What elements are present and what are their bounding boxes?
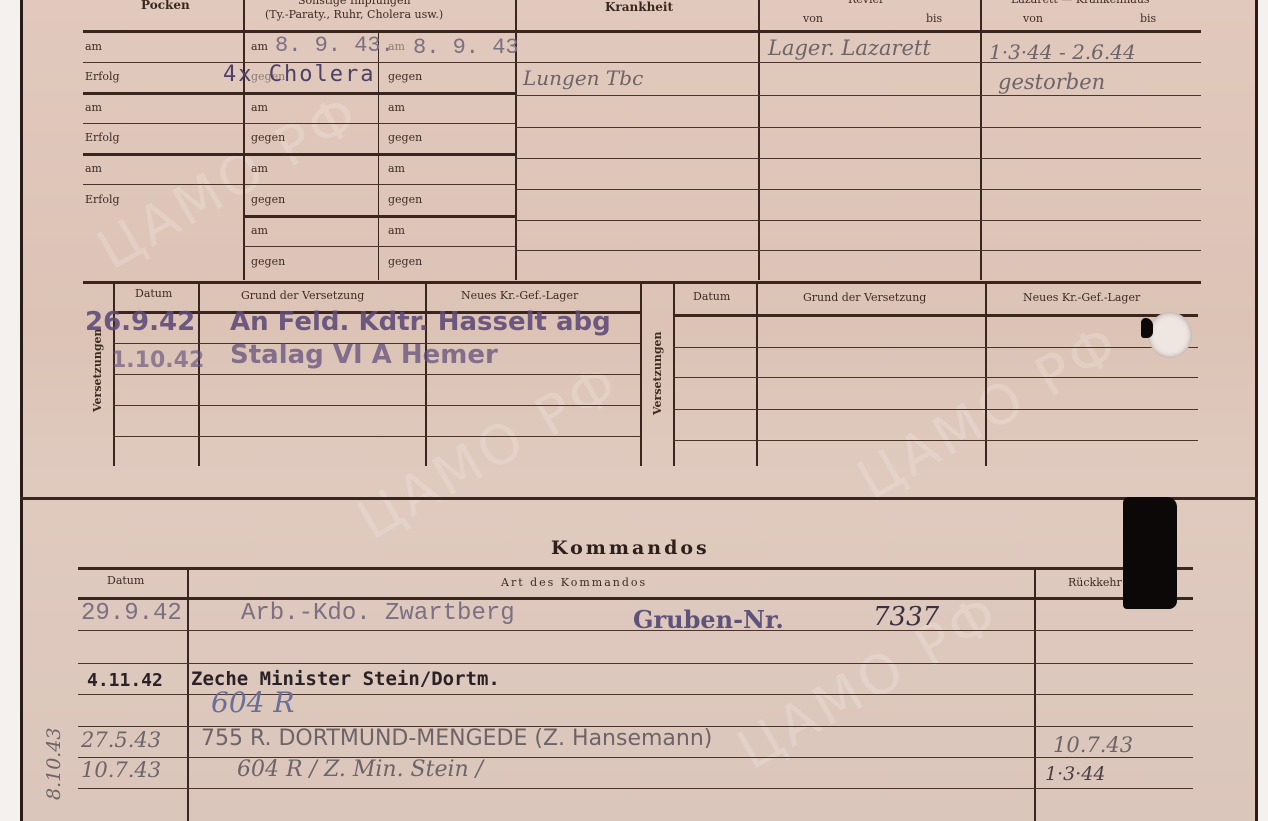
- header-rule: [83, 30, 1201, 33]
- row-rule: [78, 788, 1193, 789]
- kommando-art-4: 755 R. DORTMUND-MENGEDE (Z. Hansemann): [201, 726, 712, 751]
- paper-damage: [1148, 312, 1192, 358]
- kommandos-title: Kommandos: [551, 537, 710, 559]
- versetzungen-side-label: Versetzungen: [651, 331, 664, 415]
- label-am: am: [251, 162, 268, 175]
- header-rule: [673, 314, 1198, 317]
- row-rule: [243, 184, 515, 185]
- kommando-return-4: 10.7.43: [1053, 733, 1133, 757]
- row-rule: [83, 184, 243, 185]
- transfer-date-2: 1.10.42: [111, 348, 204, 373]
- label-am: am: [388, 162, 405, 175]
- row-rule: [673, 409, 1198, 410]
- label-erfolg: Erfolg: [85, 193, 120, 206]
- label-erfolg: Erfolg: [85, 131, 120, 144]
- row-rule: [515, 189, 1201, 190]
- row-rule: [78, 663, 1193, 664]
- row-rule: [83, 153, 515, 156]
- punched-hole: [1123, 497, 1177, 609]
- gruben-stamp: Gruben-Nr.: [633, 605, 784, 634]
- kommando-art-5: 604 R / Z. Min. Stein /: [237, 757, 483, 782]
- header-lazarett-bis: bis: [1140, 12, 1156, 25]
- watermark: ЦАМО РФ: [847, 311, 1132, 512]
- column-divider: [243, 0, 245, 280]
- header-art: Art des Kommandos: [501, 576, 647, 589]
- label-gegen: gegen: [388, 193, 422, 206]
- header-grund: Grund der Versetzung: [241, 289, 364, 302]
- header-lazarett-von: von: [1023, 12, 1043, 25]
- row-rule: [113, 436, 640, 437]
- row-rule: [243, 123, 515, 124]
- column-divider: [640, 281, 642, 466]
- pow-record-card: ЦАМО РФ ЦАМО РФ ЦАМО РФ ЦАМО РФ Pocken S…: [20, 0, 1258, 821]
- row-rule: [673, 440, 1198, 441]
- header-lager: Neues Kr.-Gef.-Lager: [1023, 291, 1140, 304]
- label-erfolg: Erfolg: [85, 70, 120, 83]
- watermark: ЦАМО РФ: [87, 81, 372, 282]
- row-rule: [673, 347, 1198, 348]
- kommando-date-4: 27.5.43: [81, 728, 161, 752]
- label-am: am: [85, 162, 102, 175]
- kommando-date-5: 10.7.43: [81, 758, 161, 782]
- label-am: am: [388, 101, 405, 114]
- header-revier-von: von: [803, 12, 823, 25]
- label-gegen: gegen: [388, 70, 422, 83]
- transfer-reason-2: Stalag VI A Hemer: [230, 340, 498, 370]
- row-rule: [243, 246, 515, 247]
- label-am: am: [251, 101, 268, 114]
- label-am: am: [251, 224, 268, 237]
- label-am: am: [251, 40, 268, 53]
- column-divider: [673, 281, 675, 466]
- row-rule: [83, 62, 243, 63]
- label-am: am: [85, 101, 102, 114]
- header-datum: Datum: [693, 290, 730, 303]
- section-rule: [78, 567, 1193, 570]
- impf-against-cholera: 4x Cholera: [223, 62, 375, 87]
- header-sonstige-sub: (Ty.-Paraty., Ruhr, Cholera usw.): [265, 8, 443, 21]
- header-revier: Revier: [848, 0, 884, 6]
- kommando-return-5: 1·3·44: [1045, 763, 1105, 785]
- label-gegen: gegen: [388, 131, 422, 144]
- row-rule: [515, 220, 1201, 221]
- header-revier-bis: bis: [926, 12, 942, 25]
- column-divider: [980, 0, 982, 280]
- label-gegen: gegen: [251, 193, 285, 206]
- column-divider: [985, 281, 987, 466]
- header-lazarett: Lazarett — Krankenhaus: [1011, 0, 1150, 6]
- impf1-date-stamp: 8. 9. 43.: [275, 33, 394, 58]
- lazarett-note-died: gestorben: [998, 70, 1105, 94]
- transfer-date-1: 26.9.42: [85, 307, 195, 337]
- header-pocken: Pocken: [141, 0, 190, 12]
- card-fold-line: [20, 497, 1258, 500]
- gruben-number: 7337: [873, 602, 939, 632]
- label-am: am: [85, 40, 102, 53]
- label-gegen: gegen: [388, 255, 422, 268]
- column-divider: [756, 281, 758, 466]
- label-am: am: [388, 224, 405, 237]
- label-gegen: gegen: [251, 255, 285, 268]
- row-rule: [113, 374, 640, 375]
- kommando-date-1: 29.9.42: [81, 600, 182, 627]
- row-rule: [515, 250, 1201, 251]
- revier-entry: Lager. Lazarett: [768, 36, 931, 60]
- paper-damage: [1141, 318, 1153, 338]
- header-rueckkehr: Rückkehr: [1068, 576, 1122, 589]
- row-rule: [515, 127, 1201, 128]
- lazarett-dates: 1·3·44 - 2.6.44: [989, 40, 1136, 64]
- versetzungen-side-label: Versetzungen: [91, 328, 104, 412]
- header-datum: Datum: [107, 574, 144, 587]
- row-rule: [515, 158, 1201, 159]
- row-rule: [515, 95, 1201, 96]
- header-lager: Neues Kr.-Gef.-Lager: [461, 289, 578, 302]
- header-grund: Grund der Versetzung: [803, 291, 926, 304]
- watermark: ЦАМО РФ: [347, 351, 632, 552]
- column-divider: [758, 0, 760, 280]
- row-rule: [83, 92, 515, 95]
- kommando-art-1: Arb.-Kdo. Zwartberg: [241, 600, 515, 627]
- header-krankheit: Krankheit: [605, 0, 673, 14]
- row-rule: [113, 405, 640, 406]
- section-rule: [83, 281, 1201, 284]
- kommando-art-3: 604 R: [211, 686, 294, 719]
- header-datum: Datum: [135, 287, 172, 300]
- row-rule: [243, 215, 515, 218]
- label-gegen: gegen: [251, 131, 285, 144]
- row-rule: [83, 123, 243, 124]
- header-sonstige: Sonstige Impfungen: [298, 0, 411, 7]
- krankheit-entry: Lungen Tbc: [523, 66, 643, 90]
- row-rule: [673, 377, 1198, 378]
- margin-note: 8.10.43: [43, 727, 65, 800]
- transfer-reason-1: An Feld. Kdtr. Hasselt abg: [230, 307, 611, 337]
- impf2-date-stamp: 8. 9. 43: [413, 35, 519, 60]
- kommando-date-2: 4.11.42: [87, 670, 163, 691]
